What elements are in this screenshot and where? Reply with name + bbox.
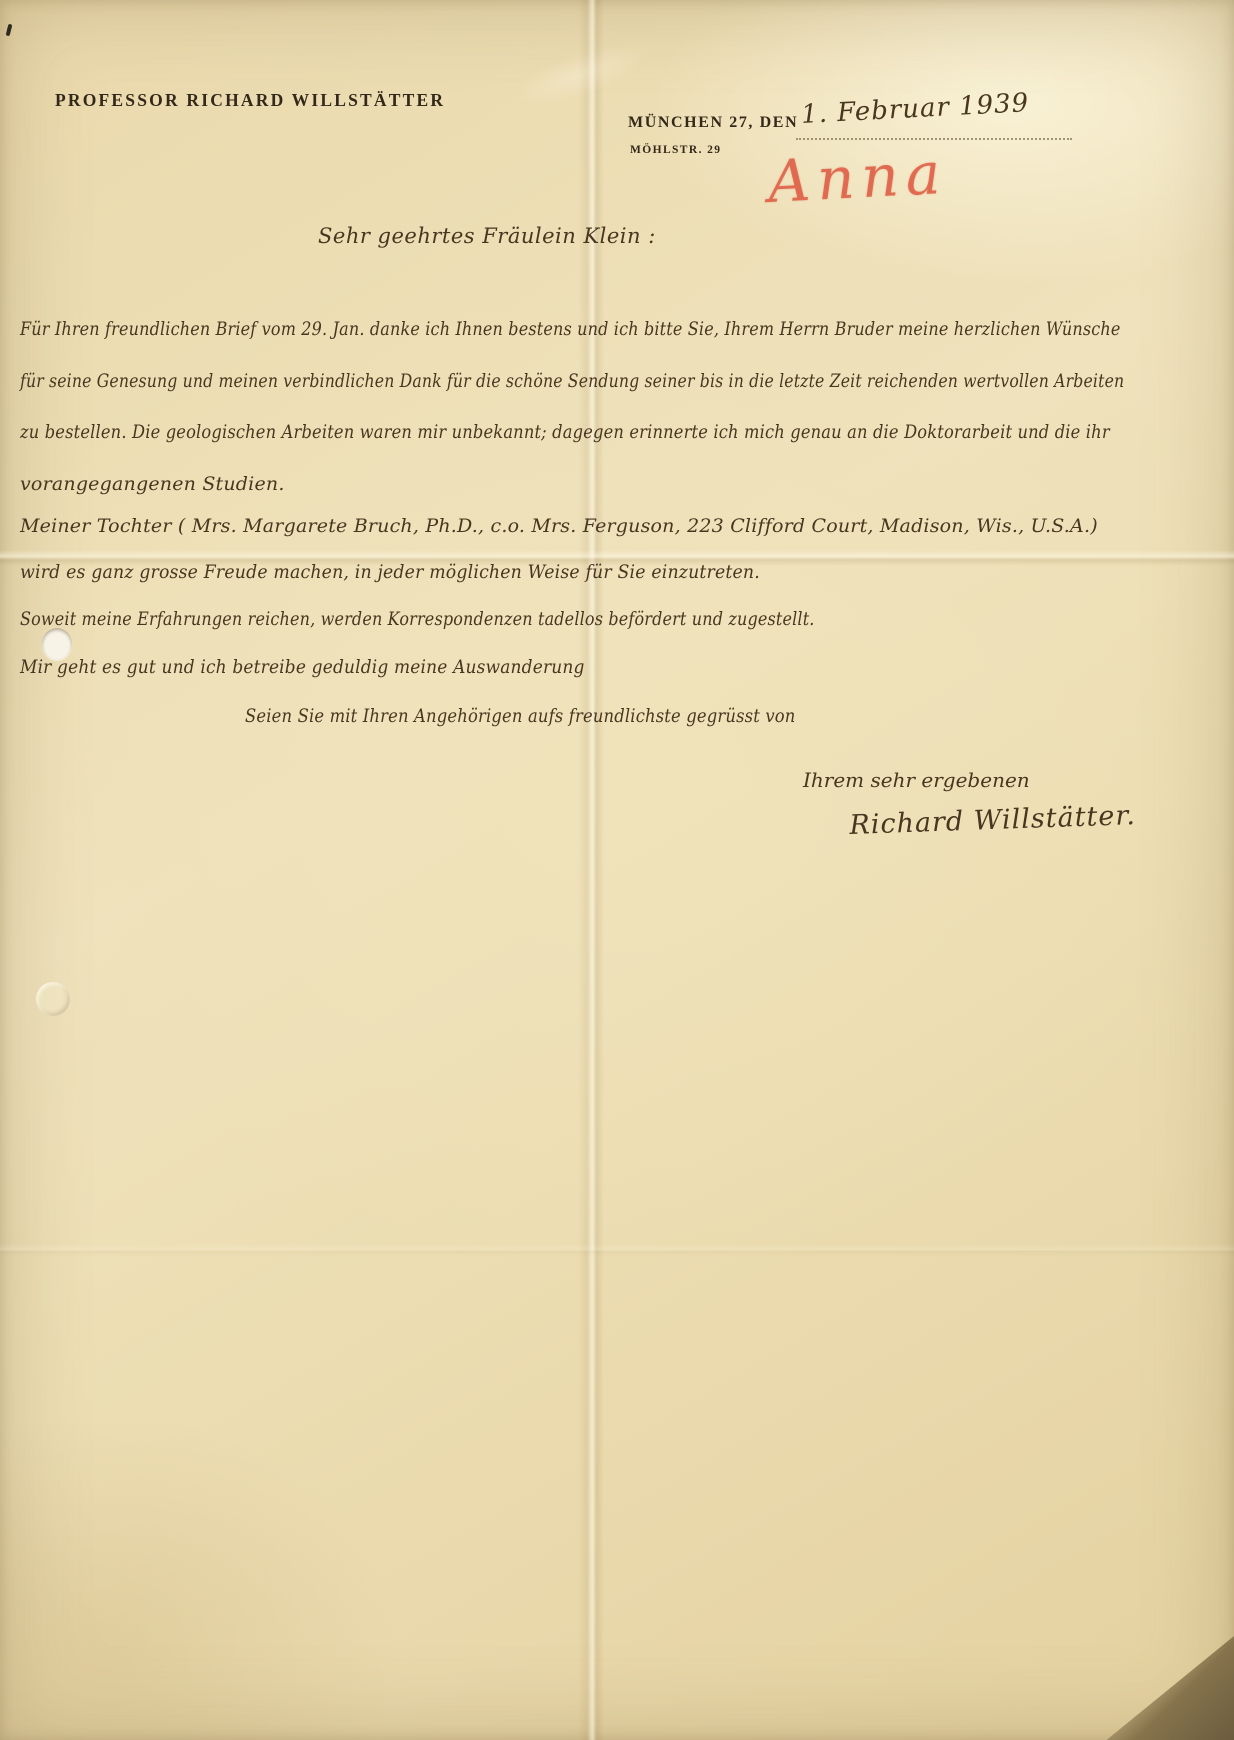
letterhead-street: MÖHLSTR. 29	[630, 144, 721, 156]
body-line: Für Ihren freundlichen Brief vom 29. Jan…	[20, 318, 1121, 340]
letterhead-city-date-label: MÜNCHEN 27, DEN	[628, 114, 798, 132]
body-line: zu bestellen. Die geologischen Arbeiten …	[20, 421, 1110, 443]
closing-line: Seien Sie mit Ihren Angehörigen aufs fre…	[245, 705, 796, 727]
body-line: Soweit meine Erfahrungen reichen, werden…	[20, 608, 815, 630]
stray-ink-mark	[6, 24, 13, 37]
body-line: vorangegangenen Studien.	[20, 473, 285, 495]
letter-page: PROFESSOR RICHARD WILLSTÄTTER MÜNCHEN 27…	[0, 0, 1234, 1740]
red-pencil-annotation: Anna	[766, 139, 949, 216]
valediction: Ihrem sehr ergebenen	[803, 768, 1030, 792]
faint-fold-crease	[0, 1244, 1234, 1256]
body-line: für seine Genesung und meinen verbindlic…	[20, 370, 1124, 392]
embossed-circle-mark	[36, 982, 70, 1016]
bent-corner-shadow	[1084, 1610, 1234, 1740]
scanned-letter: PROFESSOR RICHARD WILLSTÄTTER MÜNCHEN 27…	[0, 0, 1234, 1740]
body-line: Meiner Tochter ( Mrs. Margarete Bruch, P…	[20, 515, 1098, 537]
body-line: Mir geht es gut und ich betreibe geduldi…	[20, 656, 585, 678]
salutation: Sehr geehrtes Fräulein Klein :	[318, 224, 656, 248]
signature: Richard Willstätter.	[849, 800, 1136, 841]
vertical-fold-crease	[578, 0, 604, 1740]
body-line: wird es ganz grosse Freude machen, in je…	[20, 561, 760, 583]
letterhead-name: PROFESSOR RICHARD WILLSTÄTTER	[55, 90, 445, 111]
